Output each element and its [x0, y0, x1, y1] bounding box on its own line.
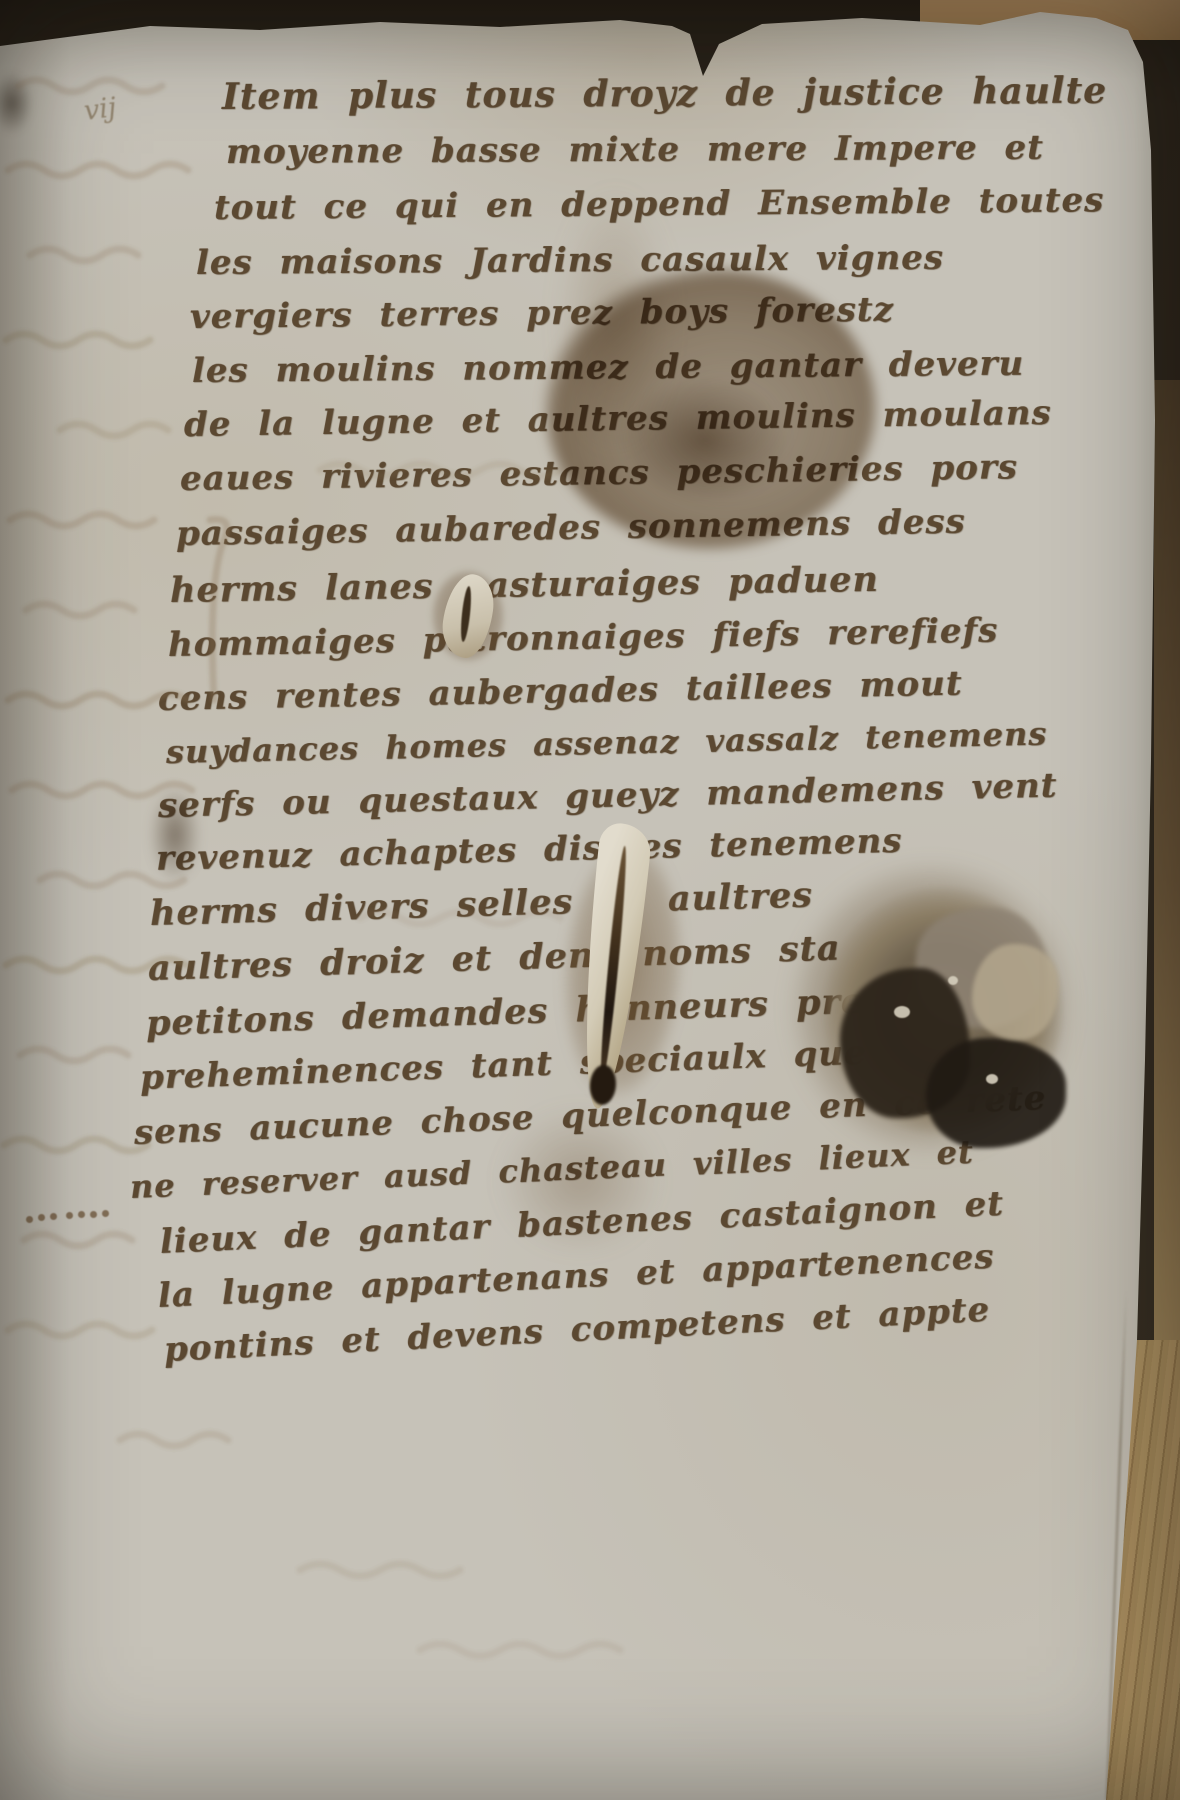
manuscript-photo: vij Item plus tous droyz de justice haul…	[0, 0, 1180, 1800]
bleedthrough-ghost-text	[0, 0, 1180, 1800]
manuscript-page: vij Item plus tous droyz de justice haul…	[0, 0, 1180, 1800]
